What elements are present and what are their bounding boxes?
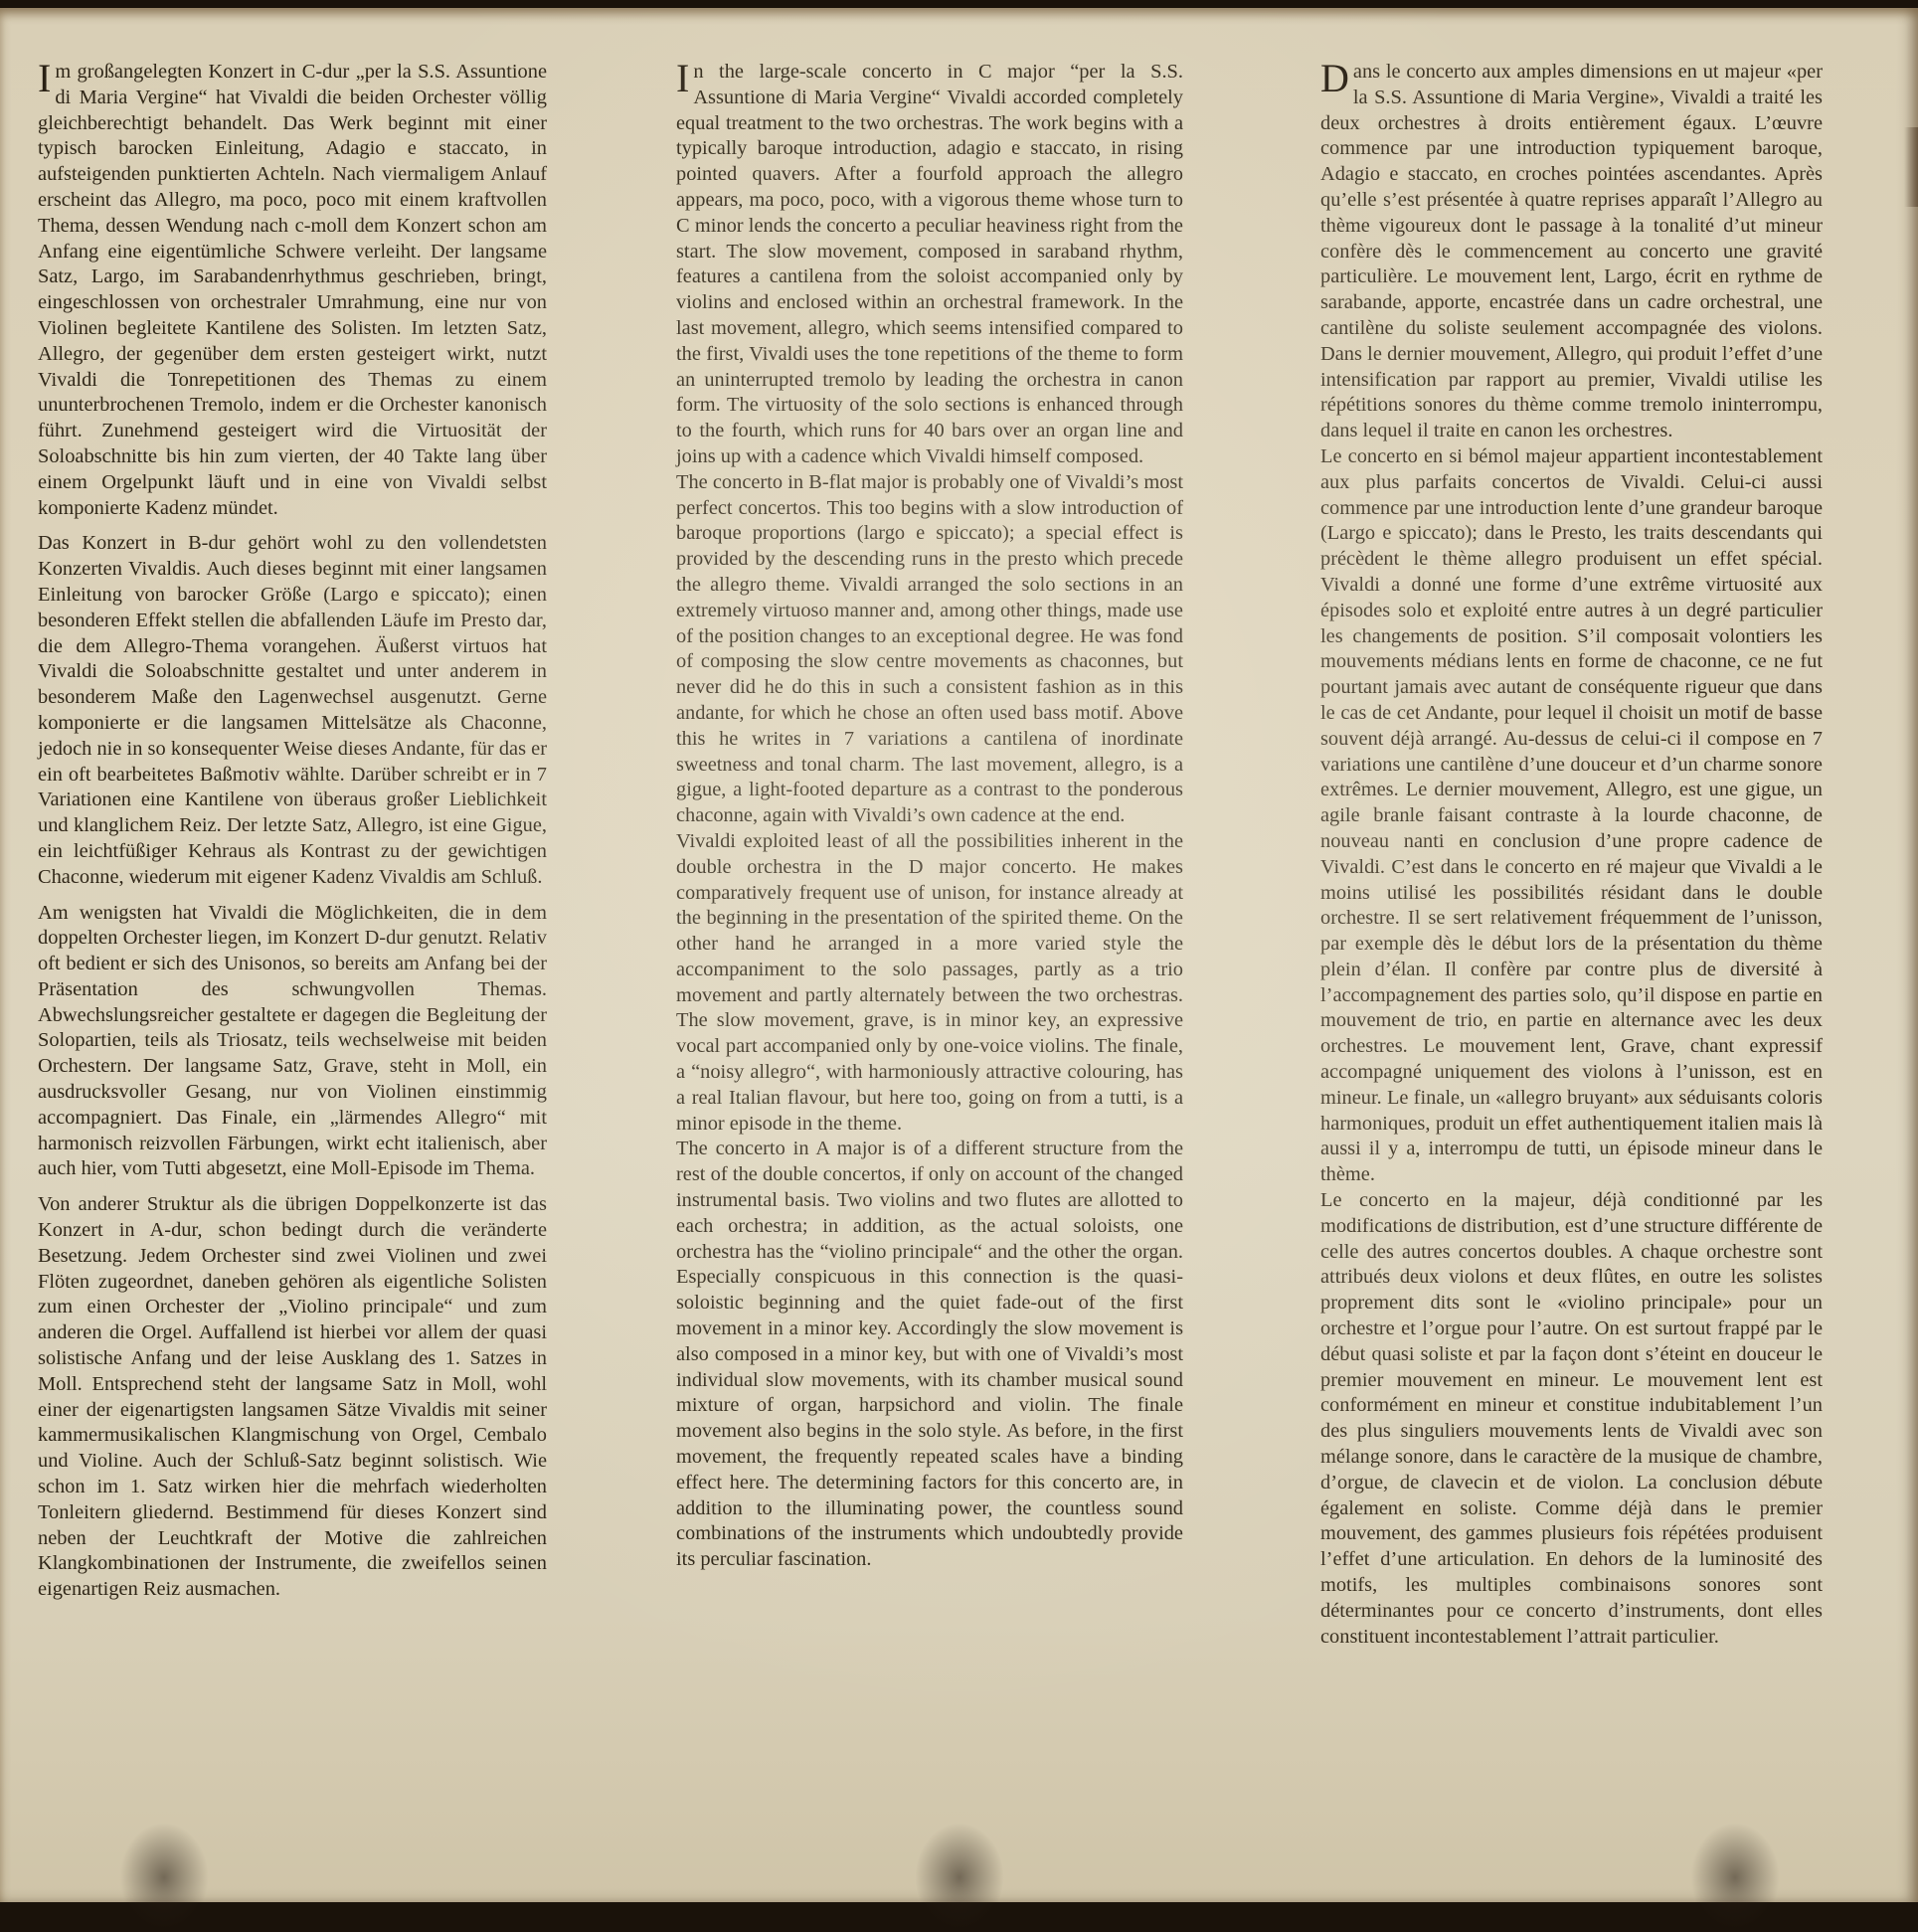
- english-paragraph-1: In the large-scale concerto in C major “…: [676, 60, 1183, 470]
- german-column: Im großangelegten Konzert in C-dur „per …: [38, 60, 547, 1613]
- english-paragraph-4: The concerto in A major is of a differen…: [676, 1137, 1183, 1573]
- french-paragraph-2: Le concerto en si bémol majeur appartien…: [1320, 444, 1823, 1188]
- dropcap: I: [676, 64, 689, 93]
- dropcap: D: [1320, 64, 1349, 93]
- french-column: Dans le concerto aux amples dimensions e…: [1320, 60, 1823, 1650]
- dropcap: I: [38, 64, 51, 93]
- german-paragraph-1: Im großangelegten Konzert in C-dur „per …: [38, 60, 547, 521]
- english-paragraph-2: The concerto in B-flat major is probably…: [676, 470, 1183, 829]
- english-column: In the large-scale concerto in C major “…: [676, 60, 1183, 1573]
- german-paragraph-2: Das Konzert in B-dur gehört wohl zu den …: [38, 531, 547, 890]
- french-paragraph-3: Le concerto en la majeur, déjà condition…: [1320, 1188, 1823, 1650]
- photo-shadow: [1690, 1823, 1780, 1902]
- page-edge-tab: [1904, 127, 1918, 207]
- photo-shadow: [915, 1823, 1004, 1902]
- french-paragraph-1: Dans le concerto aux amples dimensions e…: [1320, 60, 1823, 444]
- liner-notes-page: Im großangelegten Konzert in C-dur „per …: [0, 8, 1918, 1902]
- german-paragraph-4: Von anderer Struktur als die übrigen Dop…: [38, 1192, 547, 1603]
- english-paragraph-3: Vivaldi exploited least of all the possi…: [676, 829, 1183, 1138]
- photo-shadow: [119, 1823, 209, 1902]
- german-paragraph-3: Am wenigsten hat Vivaldi die Möglichkeit…: [38, 901, 547, 1183]
